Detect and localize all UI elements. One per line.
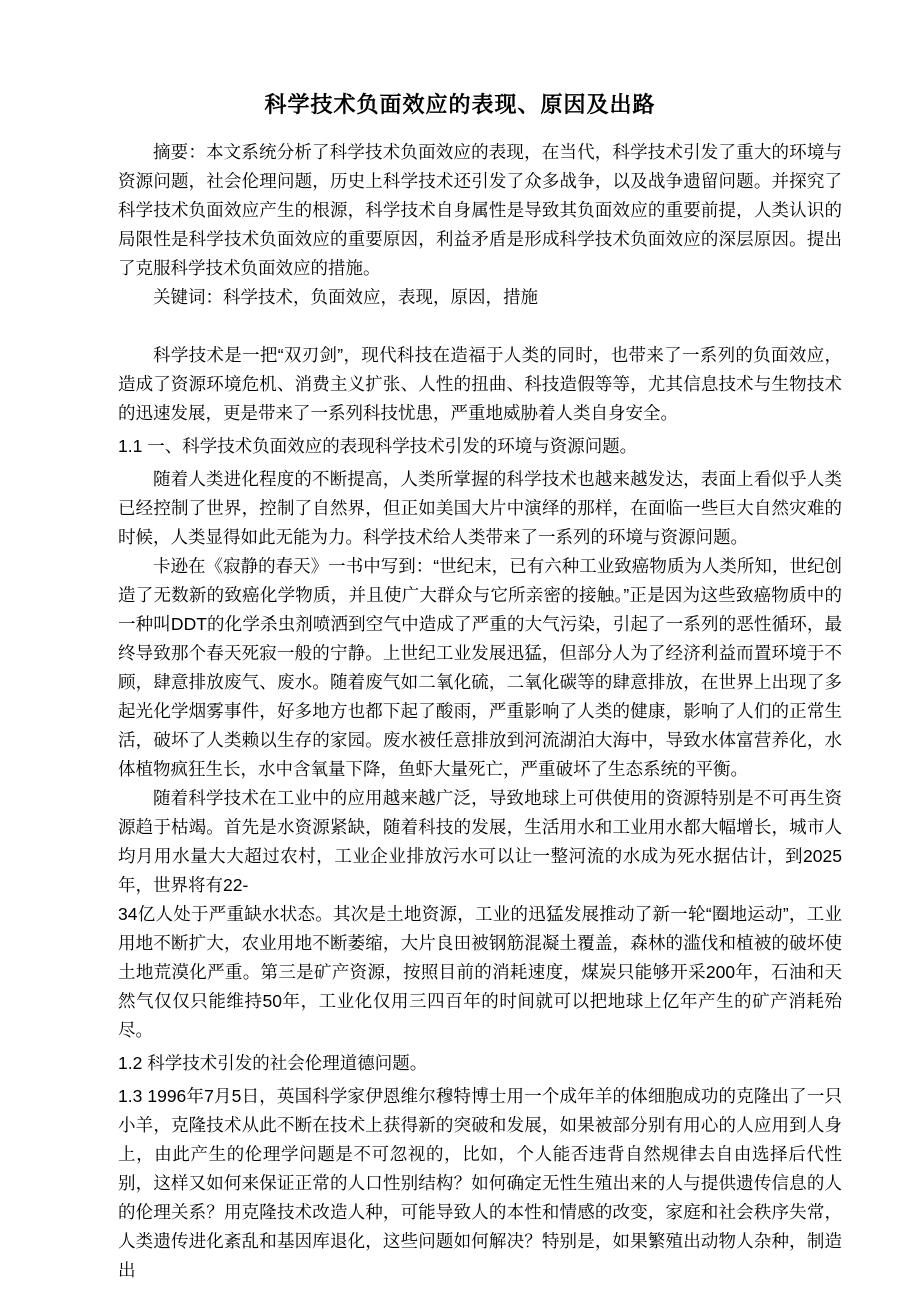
body-paragraph: 34亿人处于严重缺水状态。其次是土地资源，工业的迅猛发展推动了新一轮“圈地运动”… <box>118 900 842 1045</box>
document-body: 科学技术是一把“双刃剑”，现代科技在造福于人类的同时，也带来了一系列的负面效应，… <box>118 341 842 1285</box>
body-paragraph: 卡逊在《寂静的春天》一书中写到：“世纪末，已有六种工业致癌物质为人类所知，世纪创… <box>118 552 842 784</box>
section-heading: 1.1 一、科学技术负面效应的表现科学技术引发的环境与资源问题。 <box>118 432 842 461</box>
body-paragraph: 1.3 1996年7月5日，英国科学家伊恩维尔穆特博士用一个成年羊的体细胞成功的… <box>118 1082 842 1285</box>
section-heading: 1.2 科学技术引发的社会伦理道德问题。 <box>118 1049 842 1078</box>
document-title: 科学技术负面效应的表现、原因及出路 <box>0 0 920 122</box>
document-content: 摘要：本文系统分析了科学技术负面效应的表现，在当代，科学技术引发了重大的环境与资… <box>118 138 842 1285</box>
body-paragraph: 科学技术是一把“双刃剑”，现代科技在造福于人类的同时，也带来了一系列的负面效应，… <box>118 341 842 428</box>
body-paragraph: 随着科学技术在工业中的应用越来越广泛，导致地球上可供使用的资源特别是不可再生资源… <box>118 784 842 900</box>
keywords-line: 关键词：科学技术，负面效应，表现，原因，措施 <box>118 283 842 312</box>
abstract-paragraph: 摘要：本文系统分析了科学技术负面效应的表现，在当代，科学技术引发了重大的环境与资… <box>118 138 842 283</box>
document-page: 科学技术负面效应的表现、原因及出路 摘要：本文系统分析了科学技术负面效应的表现，… <box>0 0 920 1303</box>
body-paragraph: 随着人类进化程度的不断提高，人类所掌握的科学技术也越来越发达，表面上看似乎人类已… <box>118 465 842 552</box>
